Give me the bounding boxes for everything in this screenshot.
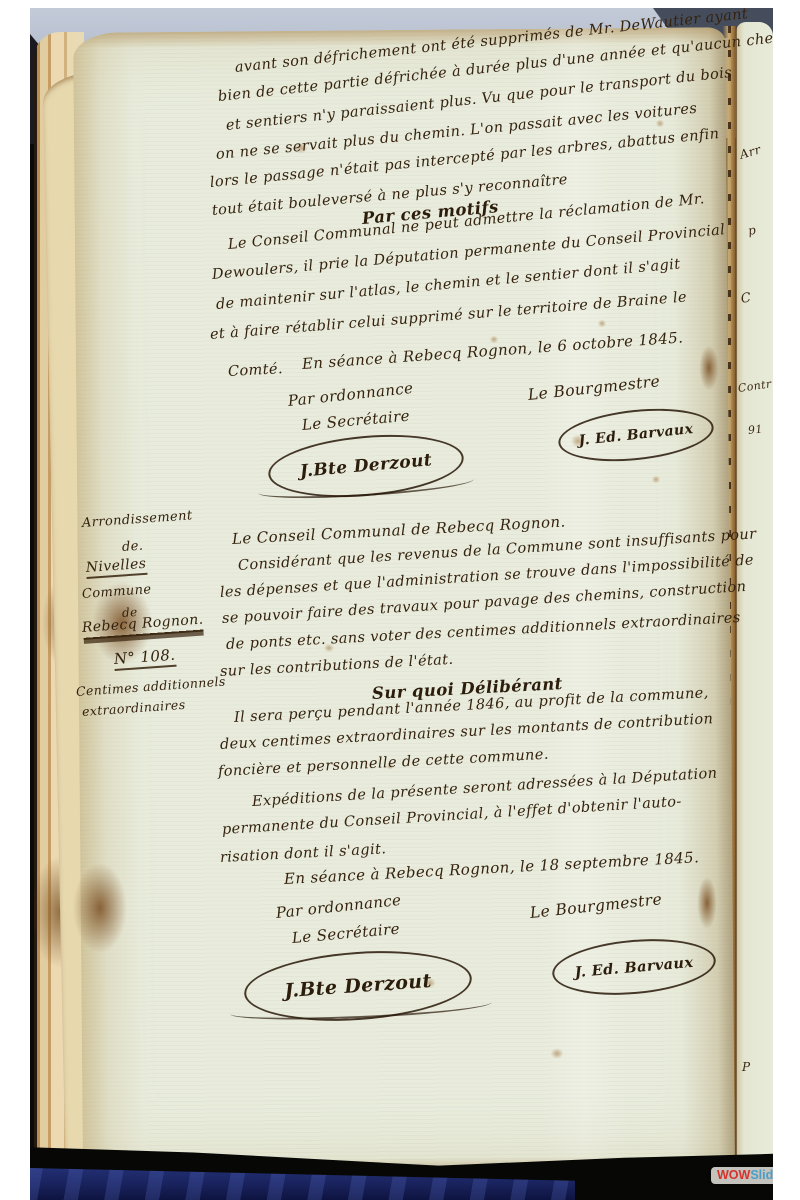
wowslider-slider-text: Slider: [750, 1168, 773, 1182]
mayor-signature-flourish: J. Ed. Barvaux: [550, 933, 718, 1001]
manuscript-line: foncière et personnelle de cette commune…: [218, 747, 550, 780]
mayor-title: Le Bourgmestre: [527, 372, 661, 404]
margin-nivelles: Nivelles: [85, 556, 147, 579]
margin-subject-line1: Centimes additionnels: [75, 674, 226, 699]
wowslider-wow-text: WOW: [717, 1168, 750, 1182]
margin-subject-line2: extraordinaires: [81, 697, 185, 719]
mayor-title: Le Bourgmestre: [529, 890, 663, 922]
handwritten-text-layer: avant son défrichement ont été supprimés…: [30, 8, 773, 1200]
mayor-signature: J. Ed. Barvaux: [578, 421, 694, 449]
session-date-line: En séance à Rebecq Rognon, le 6 octobre …: [301, 328, 683, 373]
manuscript-photo: Arr p C Contr 91 P avant son défrichemen…: [30, 8, 773, 1200]
margin-arrondissement: Arrondissement: [81, 508, 193, 531]
photo-frame: Arr p C Contr 91 P avant son défrichemen…: [0, 0, 800, 1200]
margin-de: de.: [121, 539, 143, 555]
margin-number: N° 108.: [113, 646, 176, 671]
manuscript-line: Comté.: [228, 361, 284, 380]
secretary-title: Le Secrétaire: [301, 407, 410, 434]
secretary-title: Le Secrétaire: [291, 920, 400, 947]
mayor-signature: J. Ed. Barvaux: [574, 953, 694, 980]
manuscript-line: risation dont il s'agit.: [220, 841, 387, 866]
manuscript-line: sur les contributions de l'état.: [220, 652, 454, 680]
wowslider-watermark[interactable]: WOWSlider: [711, 1167, 773, 1184]
margin-commune-name: Rebecq Rognon.: [81, 612, 204, 638]
mayor-signature-flourish: J. Ed. Barvaux: [556, 402, 716, 468]
by-order-label: Par ordonnance: [287, 379, 414, 410]
margin-commune: Commune: [81, 582, 152, 602]
by-order-label: Par ordonnance: [275, 891, 402, 922]
